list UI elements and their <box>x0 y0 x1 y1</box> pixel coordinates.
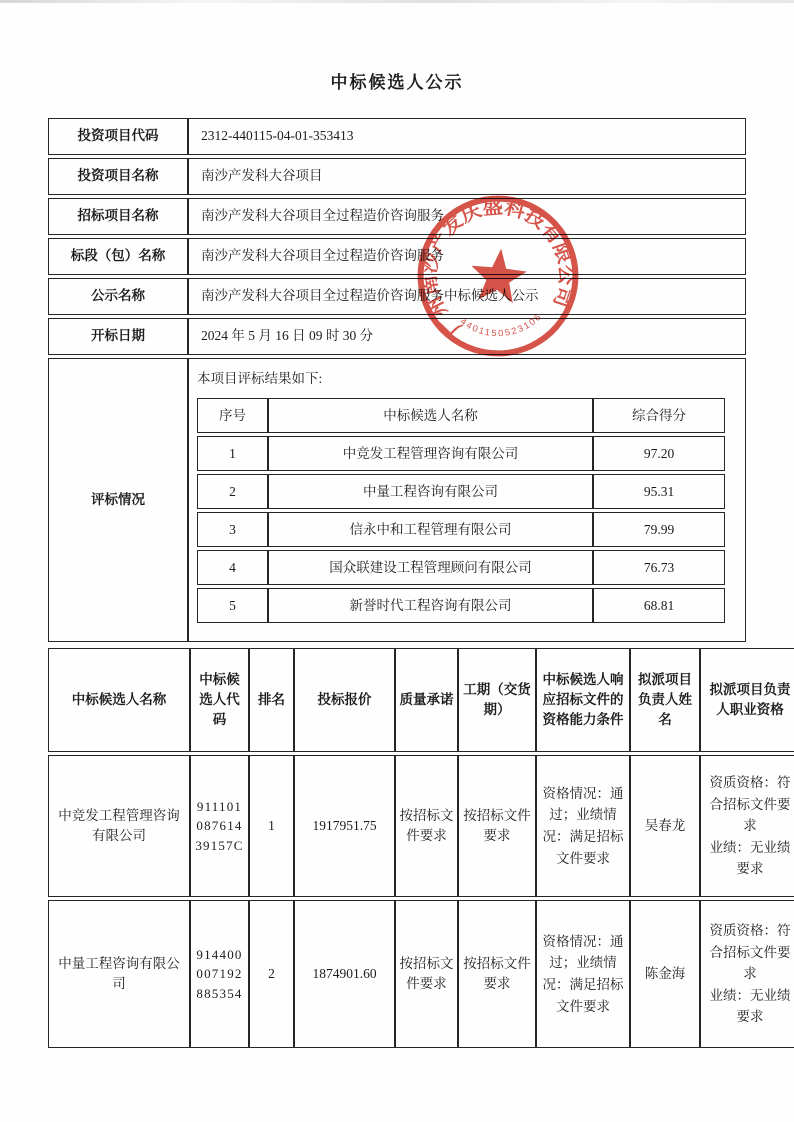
column-header: 中标候选人名称 <box>48 648 190 752</box>
candidates-detail-table: 中标候选人名称 中标候选人代码 排名 投标报价 质量承诺 工期（交货期） 中标候… <box>48 645 794 1051</box>
candidate-code-cell: 914400007192885354 <box>190 900 249 1048</box>
score-cell: 97.20 <box>593 436 725 471</box>
table-row: 标段（包）名称 南沙产发科大谷项目全过程造价咨询服务 <box>48 238 746 275</box>
column-header: 序号 <box>197 398 268 433</box>
project-info-table: 投资项目代码 2312-440115-04-01-353413 投资项目名称 南… <box>48 115 746 645</box>
row-value: 2312-440115-04-01-353413 <box>188 118 746 155</box>
candidate-name-cell: 国众联建设工程管理顾问有限公司 <box>268 550 593 585</box>
bid-price-cell: 1917951.75 <box>294 755 395 897</box>
column-header: 中标候选人响应招标文件的资格能力条件 <box>536 648 630 752</box>
table-header-row: 序号 中标候选人名称 综合得分 <box>197 398 725 433</box>
manager-qualification-cell: 资质资格：符合招标文件要求 业绩：无业绩要求 <box>700 900 794 1048</box>
column-header: 排名 <box>249 648 294 752</box>
manager-qualification-line: 业绩：无业绩要求 <box>704 985 794 1028</box>
table-row: 5 新誉时代工程咨询有限公司 68.81 <box>197 588 725 623</box>
column-header: 拟派项目负责人姓名 <box>630 648 700 752</box>
rank-cell: 5 <box>197 588 268 623</box>
page-title: 中标候选人公示 <box>0 0 794 93</box>
row-label: 招标项目名称 <box>48 198 188 235</box>
bid-price-cell: 1874901.60 <box>294 900 395 1048</box>
rank-cell: 2 <box>249 900 294 1048</box>
project-manager-cell: 陈金海 <box>630 900 700 1048</box>
evaluation-cell: 本项目评标结果如下: 序号 中标候选人名称 综合得分 1 中竞发工程管理咨询有限… <box>188 358 746 642</box>
rank-cell: 3 <box>197 512 268 547</box>
rank-cell: 2 <box>197 474 268 509</box>
row-value: 南沙产发科大谷项目全过程造价咨询服务中标候选人公示 <box>188 278 746 315</box>
table-row: 3 信永中和工程管理有限公司 79.99 <box>197 512 725 547</box>
rank-cell: 4 <box>197 550 268 585</box>
table-row: 公示名称 南沙产发科大谷项目全过程造价咨询服务中标候选人公示 <box>48 278 746 315</box>
table-row: 2 中量工程咨询有限公司 95.31 <box>197 474 725 509</box>
candidate-name-cell: 中量工程咨询有限公司 <box>268 474 593 509</box>
column-header: 投标报价 <box>294 648 395 752</box>
quality-commitment-cell: 按招标文件要求 <box>395 755 458 897</box>
column-header: 中标候选人名称 <box>268 398 593 433</box>
qualification-cell: 资格情况：通过；业绩情况：满足招标文件要求 <box>536 755 630 897</box>
table-header-row: 中标候选人名称 中标候选人代码 排名 投标报价 质量承诺 工期（交货期） 中标候… <box>48 648 794 752</box>
score-cell: 95.31 <box>593 474 725 509</box>
document-page: 中标候选人公示 投资项目代码 2312-440115-04-01-353413 … <box>0 0 794 1122</box>
manager-qualification-line: 资质资格：符合招标文件要求 <box>704 920 794 985</box>
column-header: 质量承诺 <box>395 648 458 752</box>
manager-qualification-line: 资质资格：符合招标文件要求 <box>704 772 794 837</box>
delivery-period-cell: 按招标文件要求 <box>458 900 536 1048</box>
manager-qualification-line: 业绩：无业绩要求 <box>704 837 794 880</box>
candidate-name-cell: 中竞发工程管理咨询有限公司 <box>268 436 593 471</box>
candidate-name-cell: 信永中和工程管理有限公司 <box>268 512 593 547</box>
candidate-name-cell: 中量工程咨询有限公司 <box>48 900 190 1048</box>
row-label: 投资项目名称 <box>48 158 188 195</box>
candidate-row: 中竞发工程管理咨询有限公司 91110108761439157C 1 19179… <box>48 755 794 897</box>
candidate-name-cell: 中竞发工程管理咨询有限公司 <box>48 755 190 897</box>
evaluation-intro: 本项目评标结果如下: <box>197 369 745 389</box>
rank-cell: 1 <box>249 755 294 897</box>
table-row: 招标项目名称 南沙产发科大谷项目全过程造价咨询服务 <box>48 198 746 235</box>
column-header: 工期（交货期） <box>458 648 536 752</box>
row-label: 标段（包）名称 <box>48 238 188 275</box>
row-value: 南沙产发科大谷项目全过程造价咨询服务 <box>188 238 746 275</box>
quality-commitment-cell: 按招标文件要求 <box>395 900 458 1048</box>
candidate-name-cell: 新誉时代工程咨询有限公司 <box>268 588 593 623</box>
row-label: 开标日期 <box>48 318 188 355</box>
qualification-cell: 资格情况：通过；业绩情况：满足招标文件要求 <box>536 900 630 1048</box>
score-cell: 76.73 <box>593 550 725 585</box>
table-row: 开标日期 2024 年 5 月 16 日 09 时 30 分 <box>48 318 746 355</box>
column-header: 综合得分 <box>593 398 725 433</box>
delivery-period-cell: 按招标文件要求 <box>458 755 536 897</box>
scan-artifact <box>0 0 794 3</box>
row-label: 投资项目代码 <box>48 118 188 155</box>
row-value: 南沙产发科大谷项目全过程造价咨询服务 <box>188 198 746 235</box>
table-row: 1 中竞发工程管理咨询有限公司 97.20 <box>197 436 725 471</box>
column-header: 拟派项目负责人职业资格 <box>700 648 794 752</box>
project-manager-cell: 吴春龙 <box>630 755 700 897</box>
rank-cell: 1 <box>197 436 268 471</box>
score-cell: 68.81 <box>593 588 725 623</box>
evaluation-result-table: 序号 中标候选人名称 综合得分 1 中竞发工程管理咨询有限公司 97.20 2 <box>197 395 725 626</box>
row-label: 公示名称 <box>48 278 188 315</box>
row-value: 南沙产发科大谷项目 <box>188 158 746 195</box>
table-row: 投资项目代码 2312-440115-04-01-353413 <box>48 118 746 155</box>
table-row: 投资项目名称 南沙产发科大谷项目 <box>48 158 746 195</box>
manager-qualification-cell: 资质资格：符合招标文件要求 业绩：无业绩要求 <box>700 755 794 897</box>
table-row: 4 国众联建设工程管理顾问有限公司 76.73 <box>197 550 725 585</box>
row-label: 评标情况 <box>48 358 188 642</box>
candidate-row: 中量工程咨询有限公司 914400007192885354 2 1874901.… <box>48 900 794 1048</box>
candidate-code-cell: 91110108761439157C <box>190 755 249 897</box>
score-cell: 79.99 <box>593 512 725 547</box>
row-value: 2024 年 5 月 16 日 09 时 30 分 <box>188 318 746 355</box>
column-header: 中标候选人代码 <box>190 648 249 752</box>
evaluation-row: 评标情况 本项目评标结果如下: 序号 中标候选人名称 综合得分 1 <box>48 358 746 642</box>
